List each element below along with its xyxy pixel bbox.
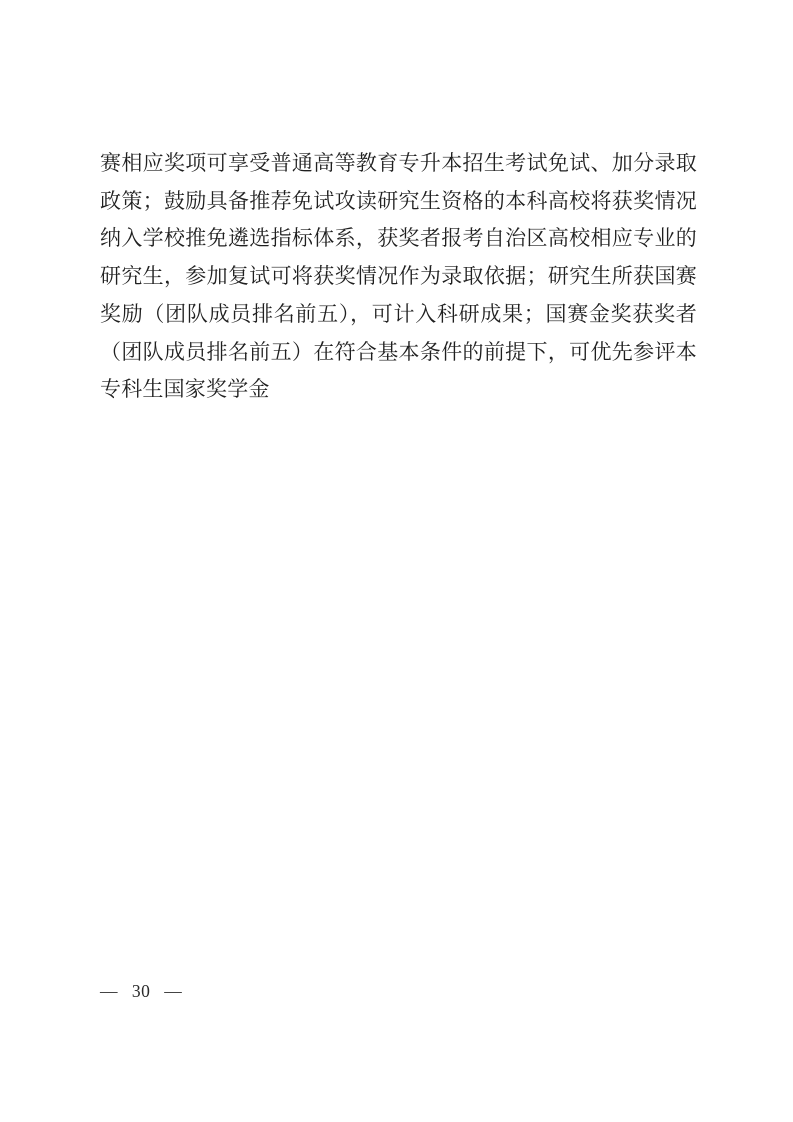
body-text-line: 奖励（团队成员排名前五），可计入科研成果；国赛金奖获奖者	[100, 296, 697, 334]
body-text-line: （团队成员排名前五）在符合基本条件的前提下，可优先参评本	[100, 334, 697, 372]
body-text-line: 政策；鼓励具备推荐免试攻读研究生资格的本科高校将获奖情况	[100, 183, 697, 221]
document-page: 赛相应奖项可享受普通高等教育专升本招生考试免试、加分录取 政策；鼓励具备推荐免试…	[0, 0, 793, 1122]
body-text-line: 赛相应奖项可享受普通高等教育专升本招生考试免试、加分录取	[100, 145, 697, 183]
body-text-line: 专科生国家奖学金	[100, 371, 697, 409]
paragraph: 赛相应奖项可享受普通高等教育专升本招生考试免试、加分录取 政策；鼓励具备推荐免试…	[100, 145, 697, 409]
page-number: — 30 —	[100, 981, 182, 1002]
body-text-line: 纳入学校推免遴选指标体系，获奖者报考自治区高校相应专业的	[100, 220, 697, 258]
body-text-line: 研究生，参加复试可将获奖情况作为录取依据；研究生所获国赛	[100, 258, 697, 296]
